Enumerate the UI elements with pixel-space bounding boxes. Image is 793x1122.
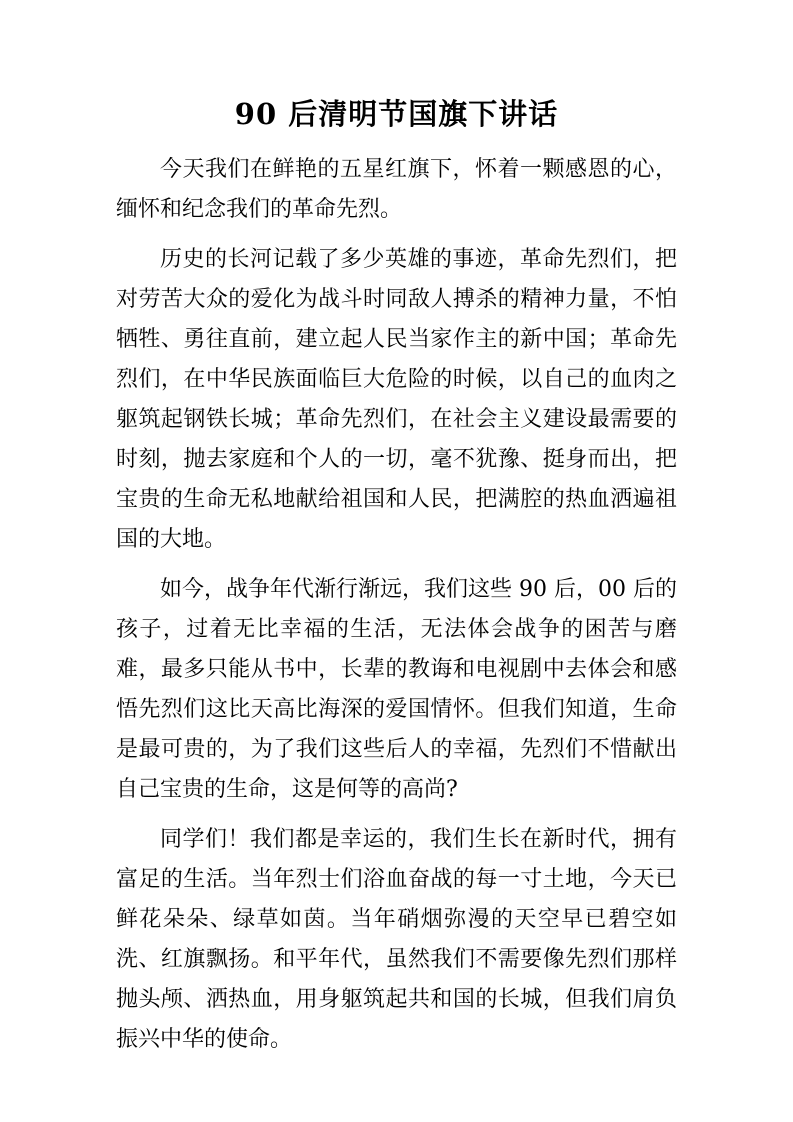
paragraph-intro: 今天我们在鲜艳的五星红旗下，怀着一颗感恩的心，缅怀和纪念我们的革命先烈。 — [116, 150, 677, 230]
paragraph-history: 历史的长河记载了多少英雄的事迹，革命先烈们，把对劳苦大众的爱化为战斗时同敌人搏杀… — [116, 240, 677, 560]
document-title: 90 后清明节国旗下讲话 — [116, 92, 677, 136]
paragraph-students: 同学们！我们都是幸运的，我们生长在新时代，拥有富足的生活。当年烈士们浴血奋战的每… — [116, 820, 677, 1060]
document-page: 90 后清明节国旗下讲话 今天我们在鲜艳的五星红旗下，怀着一颗感恩的心，缅怀和纪… — [0, 0, 793, 1122]
paragraph-today: 如今，战争年代渐行渐远，我们这些 90 后，00 后的孩子，过着无比幸福的生活，… — [116, 570, 677, 810]
